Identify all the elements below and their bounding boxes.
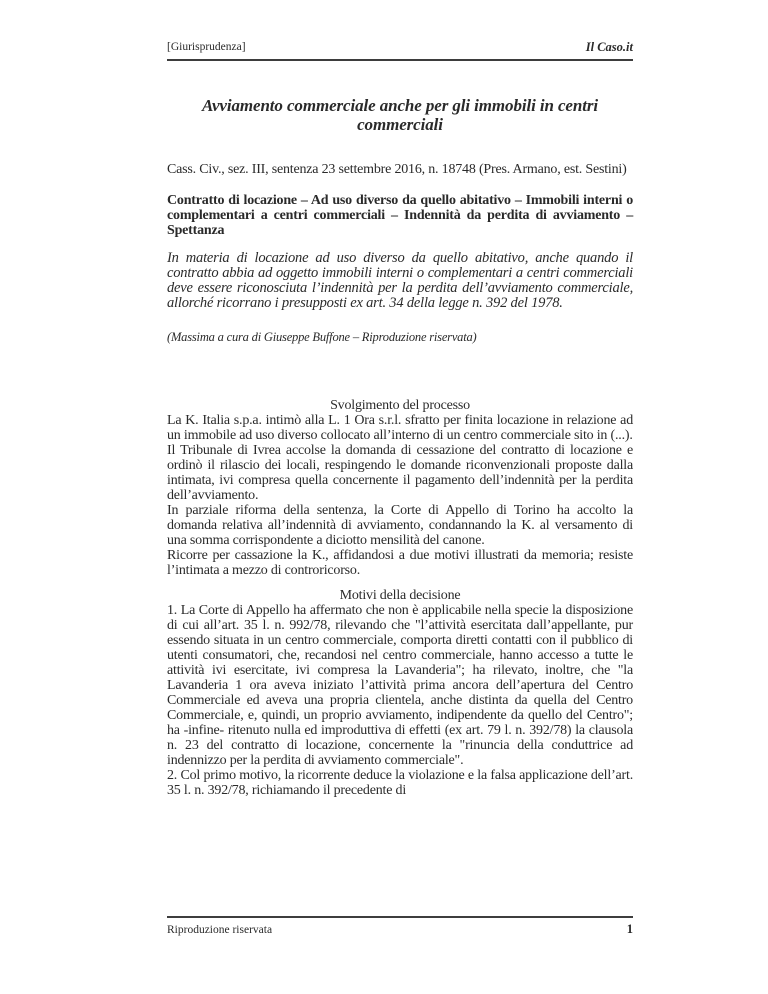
svolgimento-paragraph-3: In parziale riforma della sentenza, la C… bbox=[167, 503, 633, 548]
abstract-paragraph: In materia di locazione ad uso diverso d… bbox=[167, 251, 633, 311]
section-heading-svolgimento: Svolgimento del processo bbox=[167, 398, 633, 413]
document-page: [Giurisprudenza] Il Caso.it Avviamento c… bbox=[0, 0, 768, 994]
footer-copyright: Riproduzione riservata bbox=[167, 924, 272, 936]
keywords-line: Contratto di locazione – Ad uso diverso … bbox=[167, 193, 633, 238]
svolgimento-paragraph-4: Ricorre per cassazione la K., affidandos… bbox=[167, 548, 633, 578]
svolgimento-paragraph-2: Il Tribunale di Ivrea accolse la domanda… bbox=[167, 443, 633, 503]
motivi-paragraph-2: 2. Col primo motivo, la ricorrente deduc… bbox=[167, 768, 633, 798]
motivi-paragraph-1: 1. La Corte di Appello ha affermato che … bbox=[167, 603, 633, 768]
document-title: Avviamento commerciale anche per gli imm… bbox=[167, 97, 633, 134]
svolgimento-paragraph-1: La K. Italia s.p.a. intimò alla L. 1 Ora… bbox=[167, 413, 633, 443]
document-footer: Riproduzione riservata 1 bbox=[167, 916, 633, 937]
document-content: [Giurisprudenza] Il Caso.it Avviamento c… bbox=[167, 0, 633, 798]
document-header: [Giurisprudenza] Il Caso.it bbox=[167, 40, 633, 61]
massima-credit: (Massima a cura di Giuseppe Buffone – Ri… bbox=[167, 330, 633, 345]
journal-label: [Giurisprudenza] bbox=[167, 40, 246, 54]
section-heading-motivi: Motivi della decisione bbox=[167, 588, 633, 603]
citation-line: Cass. Civ., sez. III, sentenza 23 settem… bbox=[167, 162, 633, 177]
site-label: Il Caso.it bbox=[586, 40, 633, 54]
page-number: 1 bbox=[627, 922, 633, 937]
